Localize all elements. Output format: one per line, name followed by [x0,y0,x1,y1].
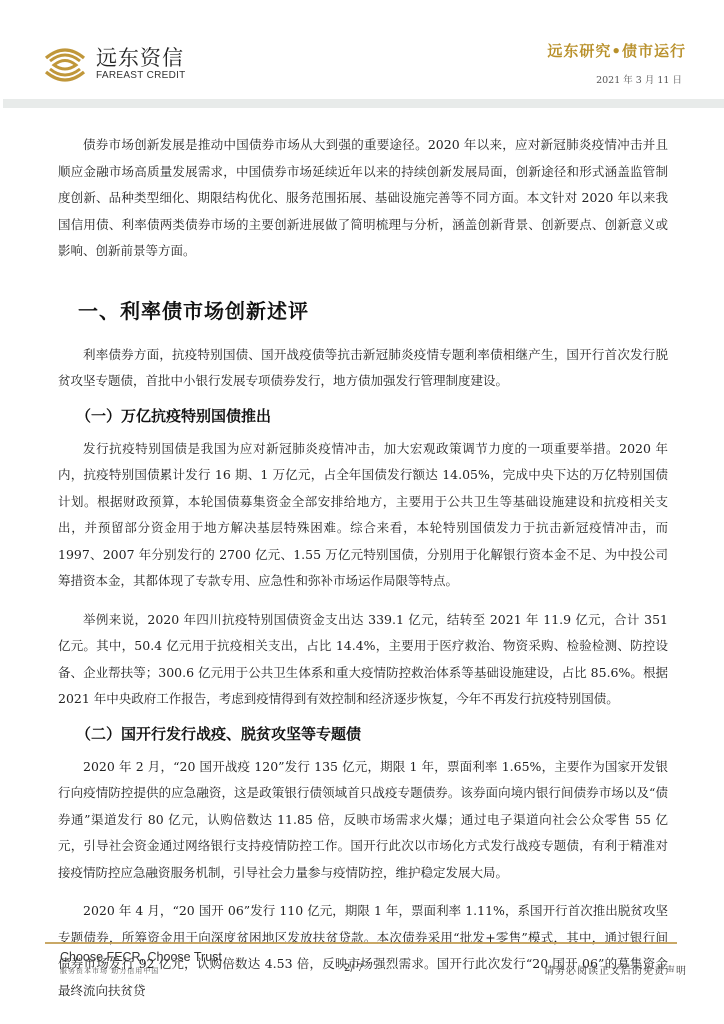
logo-en-text: FAREAST CREDIT [96,70,186,82]
subsection-heading: （一）万亿抗疫特别国债推出 [76,405,668,426]
page-number: 2/ 7 [344,963,363,974]
body-paragraph: 发行抗疫特别国债是我国为应对新冠肺炎疫情冲击，加大宏观政策调节力度的一项重要举措… [58,436,668,595]
section-heading: 一、利率债市场创新述评 [78,295,668,324]
footer-slogan-cn: 服务资本市场 助力信用中国 [60,966,159,976]
page-header: 远东资信 FAREAST CREDIT 远东研究•债市运行 2021 年 3 月… [0,0,724,110]
logo-cn-text: 远东资信 [96,46,186,70]
company-logo: 远东资信 FAREAST CREDIT [42,44,186,84]
header-divider [3,99,724,108]
fareast-logo-icon [42,44,88,84]
footer-slogan-en: Choose FECR, Choose Trust [60,950,222,964]
section-summary-paragraph: 利率债券方面，抗疫特别国债、国开战疫债等抗击新冠肺炎疫情专题利率债相继产生，国开… [58,342,668,395]
subsection-heading: （二）国开行发行战疫、脱贫攻坚等专题债 [76,723,668,744]
intro-paragraph: 债券市场创新发展是推动中国债券市场从大到强的重要途径。2020 年以来，应对新冠… [58,132,668,265]
report-date: 2021 年 3 月 11 日 [596,72,682,86]
report-series-title: 远东研究•债市运行 [547,40,686,61]
body-paragraph: 2020 年 2 月，“20 国开战疫 120”发行 135 亿元，期限 1 年… [58,754,668,887]
footer-divider [45,942,677,944]
body-paragraph: 举例来说，2020 年四川抗疫特别国债资金支出达 339.1 亿元，结转至 20… [58,607,668,713]
document-body: 债券市场创新发展是推动中国债券市场从大到强的重要途径。2020 年以来，应对新冠… [58,132,668,1004]
footer-disclaimer: 请务必阅读正文后的免责声明 [544,962,687,977]
